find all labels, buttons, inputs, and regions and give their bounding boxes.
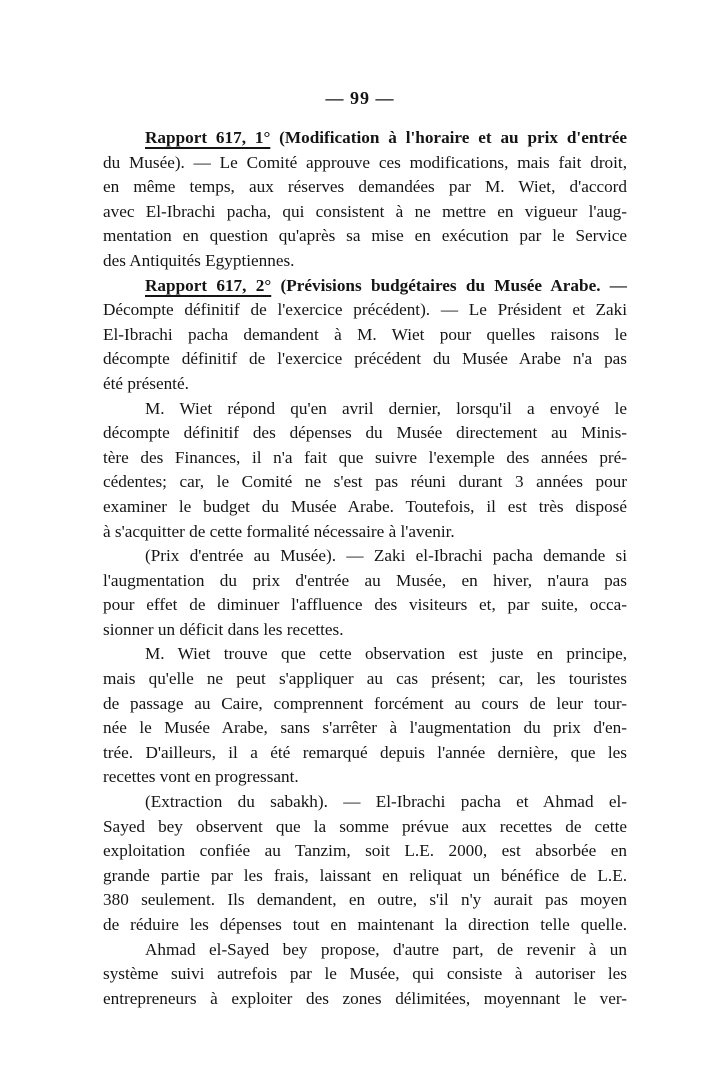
- text-line: trée. D'ailleurs, il a été remarqué depu…: [103, 741, 627, 766]
- text-line: Décompte définitif de l'exercice précéde…: [103, 298, 627, 323]
- text-line: décompte définitif de l'exercice précéde…: [103, 347, 627, 372]
- text-line: mais qu'elle ne peut s'appliquer au cas …: [103, 667, 627, 692]
- text-line: 380 seulement. Ils demandent, en outre, …: [103, 888, 627, 913]
- text-line: en même temps, aux réserves demandées pa…: [103, 175, 627, 200]
- text-line: examiner le budget du Musée Arabe. Toute…: [103, 495, 627, 520]
- text-line: système suivi autrefois par le Musée, qu…: [103, 962, 627, 987]
- text-line: Sayed bey observent que la somme prévue …: [103, 815, 627, 840]
- paragraph-prix-entree: (Prix d'entrée au Musée). — Zaki el-Ibra…: [103, 544, 627, 642]
- text-line: mentation en question qu'après sa mise e…: [103, 224, 627, 249]
- page-number: — 99 —: [0, 88, 720, 109]
- text-line: du Musée). — Le Comité approuve ces modi…: [103, 151, 627, 176]
- text-line: cédentes; car, le Comité ne s'est pas ré…: [103, 470, 627, 495]
- rapport-heading: Rapport 617, 2°: [145, 276, 271, 295]
- document-body: Rapport 617, 1° (Modification à l'horair…: [103, 126, 627, 1011]
- text-line: Rapport 617, 2° (Prévisions budgétaires …: [103, 274, 627, 299]
- paragraph-rapport-617-2: Rapport 617, 2° (Prévisions budgétaires …: [103, 274, 627, 397]
- text-line: sionner un déficit dans les recettes.: [103, 618, 627, 643]
- text-line: pour effet de diminuer l'affluence des v…: [103, 593, 627, 618]
- text-line: Ahmad el-Sayed bey propose, d'autre part…: [103, 938, 627, 963]
- text-line: M. Wiet trouve que cette observation est…: [103, 642, 627, 667]
- text-line: de passage au Caire, comprennent forcéme…: [103, 692, 627, 717]
- text-line: Rapport 617, 1° (Modification à l'horair…: [103, 126, 627, 151]
- paragraph-ahmad-proposition: Ahmad el-Sayed bey propose, d'autre part…: [103, 938, 627, 1012]
- text-line: recettes vont en progressant.: [103, 765, 627, 790]
- text-line: née le Musée Arabe, sans s'arrêter à l'a…: [103, 716, 627, 741]
- text-line: été présenté.: [103, 372, 627, 397]
- text-line: l'augmentation du prix d'entrée au Musée…: [103, 569, 627, 594]
- text-line: tère des Finances, il n'a fait que suivr…: [103, 446, 627, 471]
- text-line: à s'acquitter de cette formalité nécessa…: [103, 520, 627, 545]
- text-line: avec El-Ibrachi pacha, qui consistent à …: [103, 200, 627, 225]
- text-line: (Prix d'entrée au Musée). — Zaki el-Ibra…: [103, 544, 627, 569]
- paragraph-wiet-observation: M. Wiet trouve que cette observation est…: [103, 642, 627, 790]
- text-line: exploitation confiée au Tanzim, soit L.E…: [103, 839, 627, 864]
- text-line: M. Wiet répond qu'en avril dernier, lors…: [103, 397, 627, 422]
- text-line: décompte définitif des dépenses du Musée…: [103, 421, 627, 446]
- text-line: entrepreneurs à exploiter des zones déli…: [103, 987, 627, 1012]
- text-line: (Extraction du sabakh). — El-Ibrachi pac…: [103, 790, 627, 815]
- text-line: El-Ibrachi pacha demandent à M. Wiet pou…: [103, 323, 627, 348]
- text-line: des Antiquités Egyptiennes.: [103, 249, 627, 274]
- text-line: grande partie par les frais, laissant en…: [103, 864, 627, 889]
- text-line: de réduire les dépenses tout en maintena…: [103, 913, 627, 938]
- paragraph-rapport-617-1: Rapport 617, 1° (Modification à l'horair…: [103, 126, 627, 274]
- paragraph-wiet-reponse: M. Wiet répond qu'en avril dernier, lors…: [103, 397, 627, 545]
- rapport-heading: Rapport 617, 1°: [145, 128, 270, 147]
- paragraph-extraction-sabakh: (Extraction du sabakh). — El-Ibrachi pac…: [103, 790, 627, 938]
